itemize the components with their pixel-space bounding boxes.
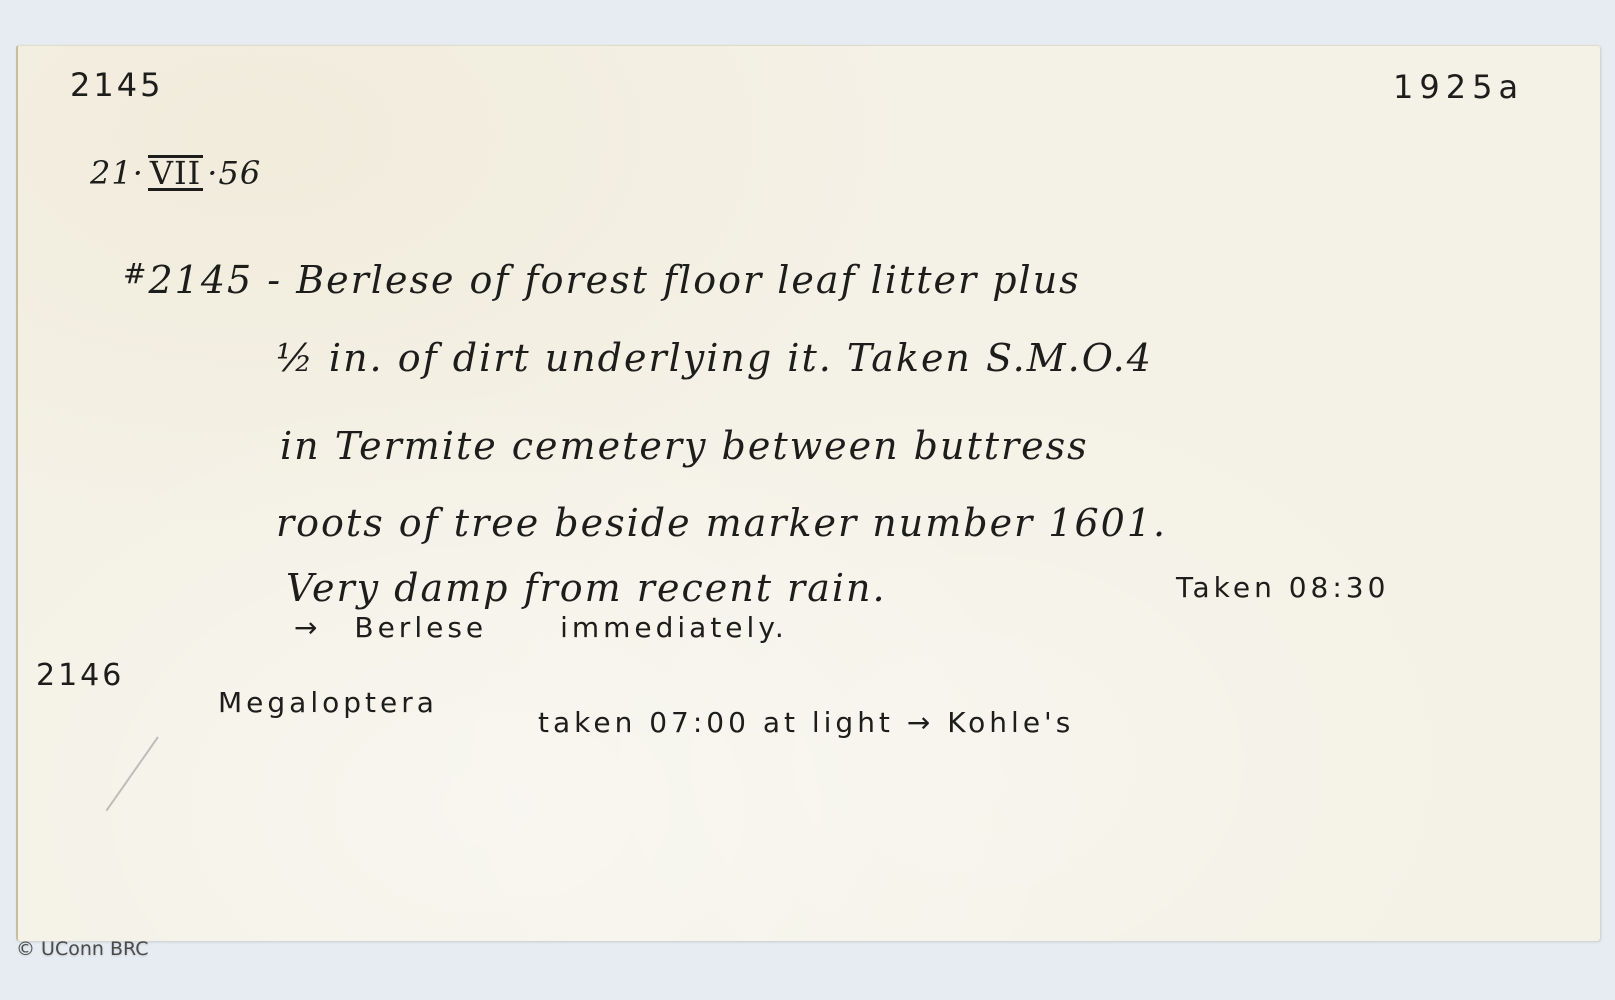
arrow-icon: → (294, 611, 321, 644)
entry-2145-header-line: #2145 - Berlese of forest floor leaf lit… (123, 258, 1081, 302)
entry-time-note: Taken 08:30 (1176, 571, 1389, 604)
entry-text-line-3: in Termite cemetery between buttress (280, 424, 1089, 468)
date-year: 56 (218, 154, 261, 192)
entry-separator: - (267, 258, 282, 302)
entry-text-line-5: Very damp from recent rain. (286, 566, 887, 610)
entry-2146-taxon: Megaloptera (218, 686, 438, 719)
entry-number: 2145 (148, 258, 253, 302)
arrow-icon: → (907, 706, 934, 739)
ink-smudge (106, 736, 159, 811)
date-month-roman: VII (148, 155, 203, 191)
entry-text-line-2: ½ in. of dirt underlying it. Taken S.M.O… (276, 336, 1153, 380)
entry-text-line-1: Berlese of forest floor leaf litter plus (296, 258, 1080, 302)
followup-note: immediately. (560, 611, 788, 644)
specimen-note-card: 2145 1925a 21·VII·56 #2145 - Berlese of … (16, 45, 1600, 941)
collection-date: 21·VII·56 (90, 154, 261, 192)
entry-2146-note: taken 07:00 at light (538, 706, 894, 739)
number-sign: # (123, 257, 148, 290)
followup-text: Berlese (354, 611, 487, 644)
date-day: 21 (90, 154, 133, 192)
card-number-left: 2145 (70, 66, 163, 104)
copyright-caption: © UConn BRC (16, 938, 149, 960)
entry-text-line-4: roots of tree beside marker number 1601. (276, 501, 1167, 545)
entry-2146-number: 2146 (36, 658, 124, 693)
card-number-right: 1925a (1393, 68, 1524, 106)
entry-2146-note-line: taken 07:00 at light → Kohle's (538, 706, 1074, 739)
entry-2146-destination: Kohle's (947, 706, 1074, 739)
entry-followup: → Berlese immediately. (294, 611, 788, 644)
